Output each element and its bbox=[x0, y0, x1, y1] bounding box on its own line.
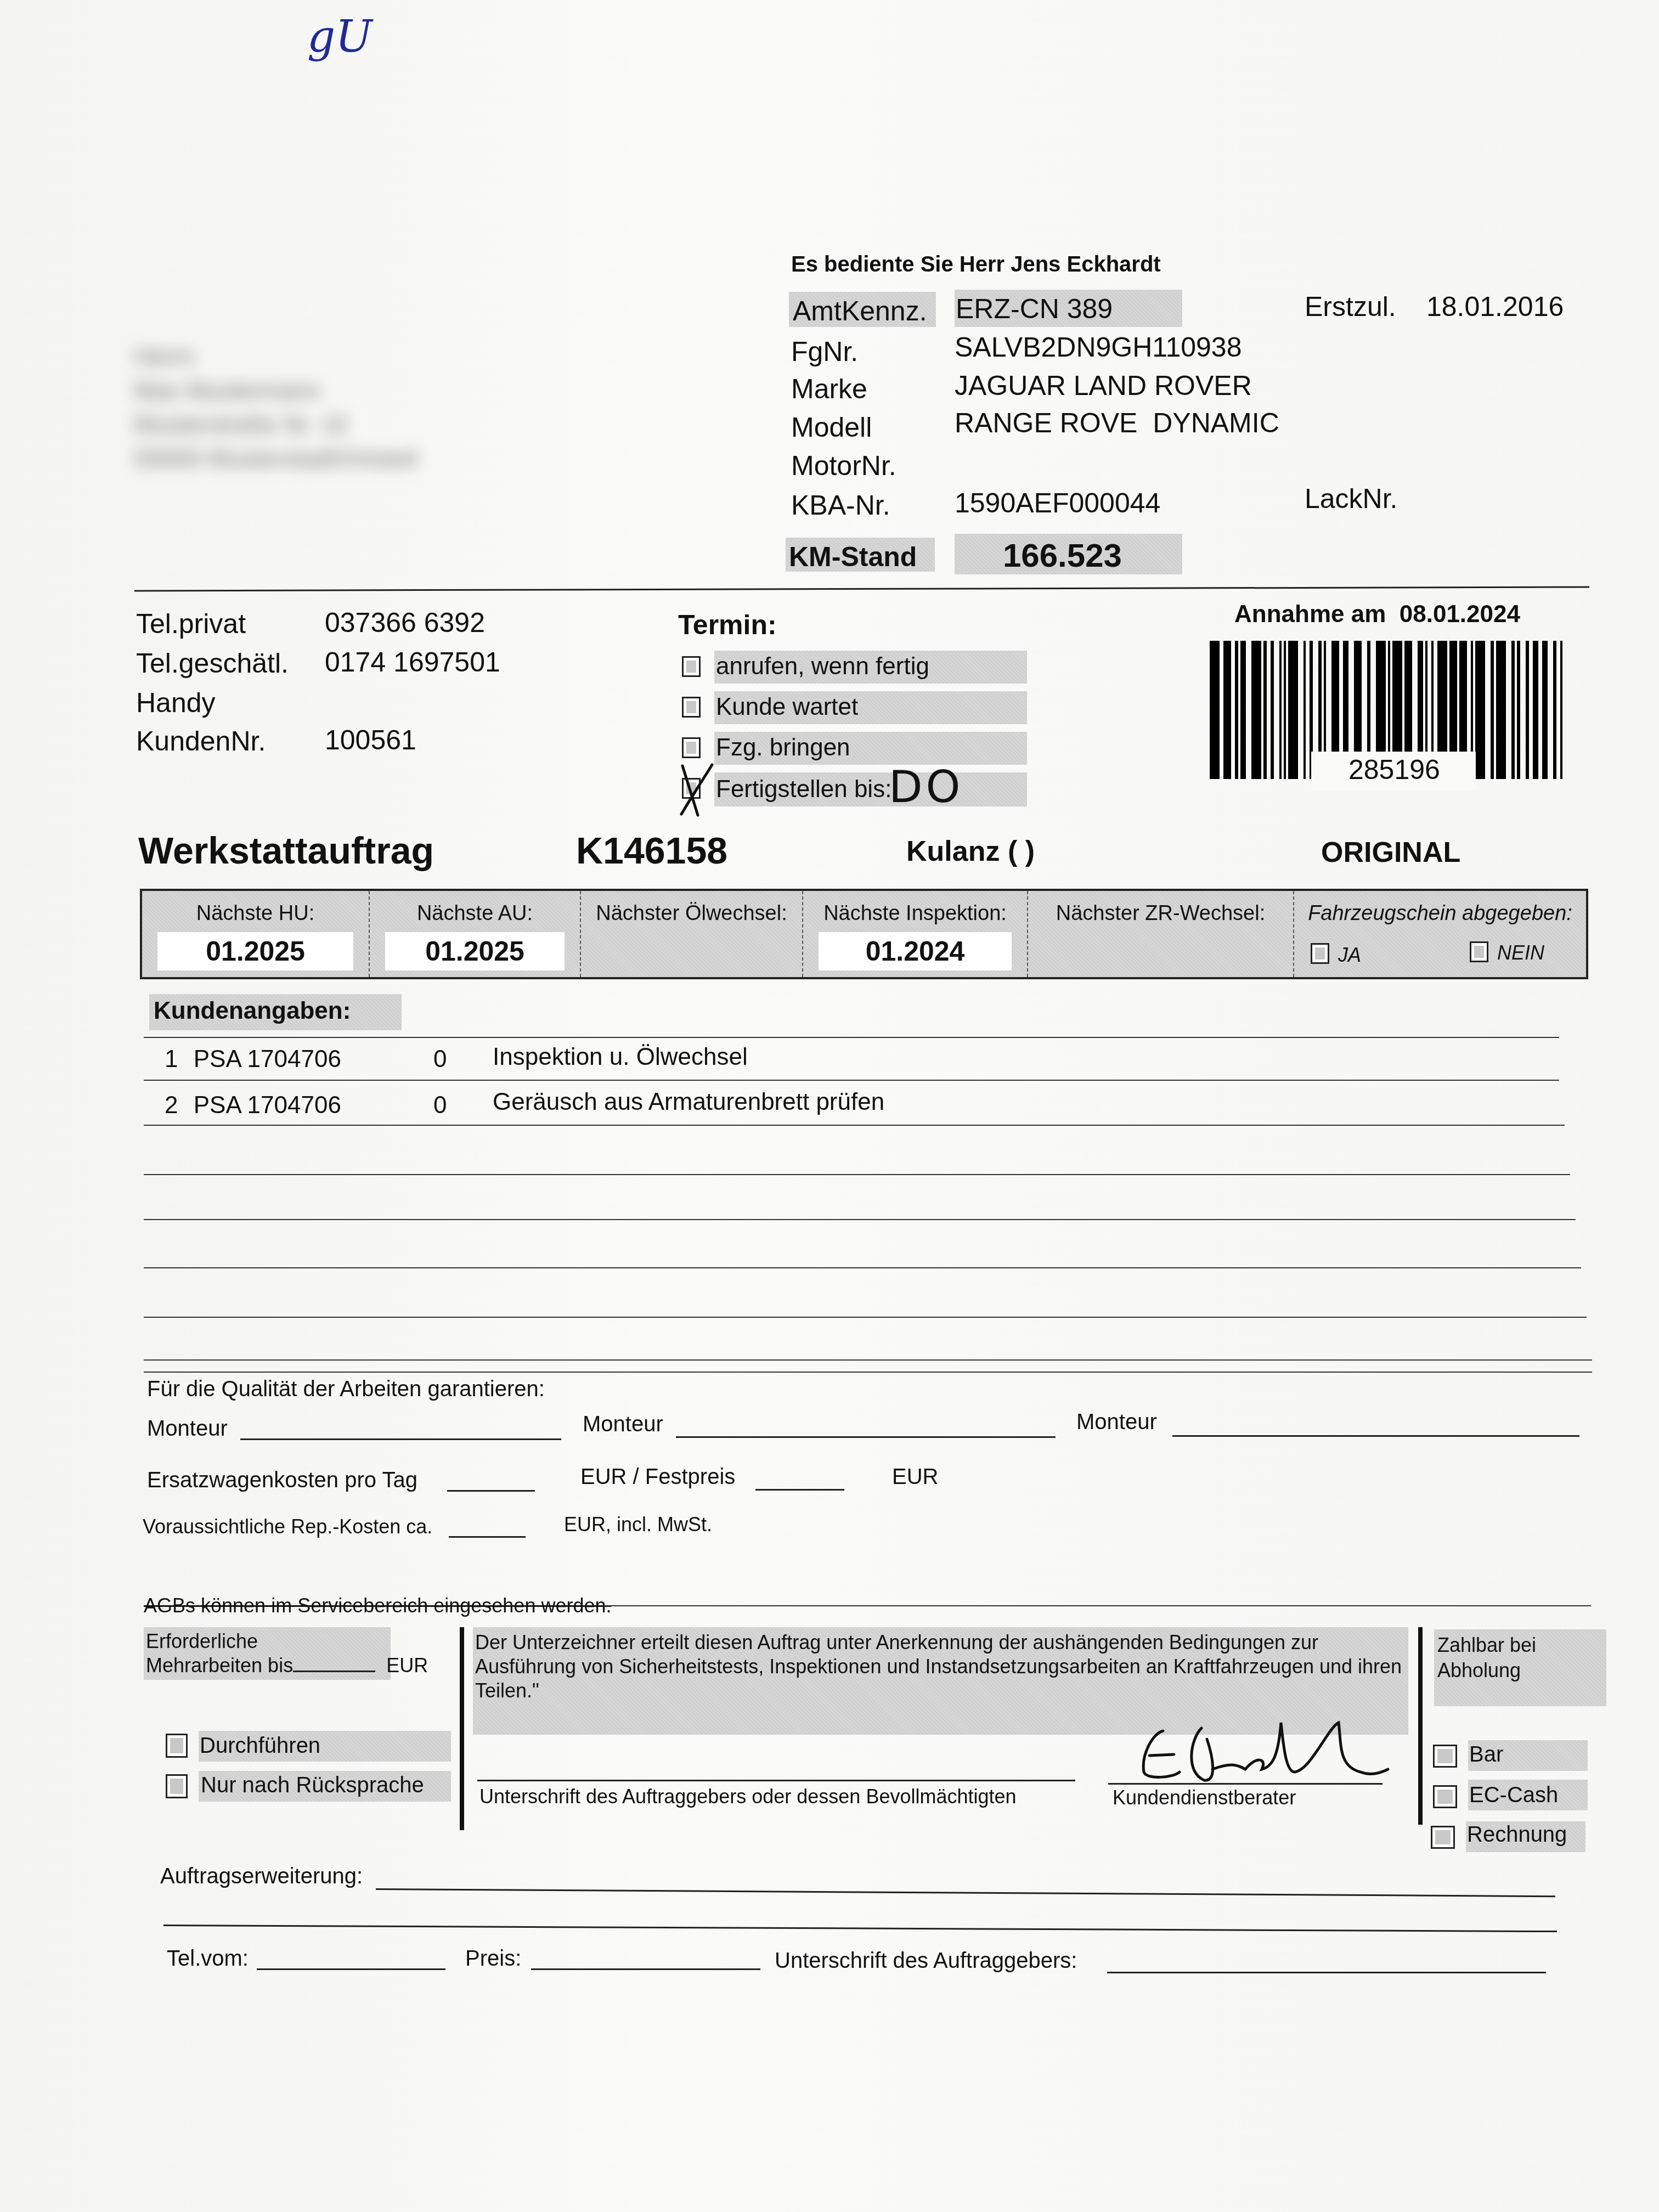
customer-signature-label: Unterschrift des Auftraggebers oder dess… bbox=[479, 1785, 1017, 1808]
barcode-bar bbox=[1560, 641, 1562, 779]
annahme: Annahme am 08.01.2024 bbox=[1234, 601, 1520, 628]
festpreis-field[interactable] bbox=[755, 1489, 844, 1491]
preis-label: Preis: bbox=[465, 1946, 521, 1971]
rechnung-label: Rechnung bbox=[1467, 1822, 1567, 1847]
order-title: Werkstattauftrag bbox=[138, 830, 434, 872]
eur-label: EUR bbox=[892, 1465, 938, 1489]
item-qty: 0 bbox=[433, 1092, 447, 1119]
barcode-bar bbox=[1279, 641, 1282, 779]
line-rule bbox=[144, 1080, 1559, 1081]
monteur-field-3[interactable] bbox=[1172, 1435, 1579, 1437]
checkbox-ruecksprache[interactable] bbox=[166, 1774, 188, 1798]
line-rule bbox=[144, 1359, 1592, 1361]
kundennr-value: 100561 bbox=[325, 724, 416, 756]
service-cell-oel: Nächster Ölwechsel: bbox=[581, 891, 803, 977]
ec-cash-label: EC-Cash bbox=[1469, 1783, 1558, 1808]
km-label: KM-Stand bbox=[789, 541, 917, 573]
service-cell-zr: Nächster ZR-Wechsel: bbox=[1028, 891, 1294, 977]
tel-gesch-label: Tel.geschätl. bbox=[136, 647, 289, 679]
barcode-number: 285196 bbox=[1348, 754, 1440, 786]
payment-title-line2: Abholung bbox=[1437, 1658, 1536, 1683]
barcode-bar bbox=[1526, 641, 1529, 779]
service-cell-fahrzeugschein: Fahrzeugschein abgegeben: JA NEIN bbox=[1294, 891, 1586, 977]
checkbox-kunde-wartet[interactable] bbox=[682, 697, 701, 718]
monteur-field-1[interactable] bbox=[240, 1438, 561, 1440]
item-code: PSA 1704706 bbox=[194, 1092, 341, 1119]
checkbox-rechnung[interactable] bbox=[1431, 1826, 1455, 1849]
barcode-bar bbox=[1240, 641, 1246, 779]
annahme-label: Annahme am bbox=[1234, 601, 1386, 628]
eur-festpreis-label: EUR / Festpreis bbox=[580, 1465, 735, 1489]
address-line: 00000 Musterstadt/Ortsteil bbox=[134, 442, 417, 476]
ersatzwagen-field[interactable] bbox=[447, 1490, 535, 1492]
termin-title: Termin: bbox=[678, 609, 777, 641]
label-nein: NEIN bbox=[1497, 941, 1544, 964]
barcode-bar bbox=[1511, 641, 1515, 779]
line-rule bbox=[603, 1605, 1591, 1606]
tel-privat-value: 037366 6392 bbox=[325, 607, 485, 639]
handwritten-initials: gU bbox=[307, 11, 373, 62]
mehrarbeiten-line1: Erforderliche bbox=[146, 1629, 428, 1654]
line-rule bbox=[144, 1219, 1576, 1220]
customer-signature-field[interactable] bbox=[477, 1780, 1075, 1781]
km-value: 166.523 bbox=[1003, 537, 1122, 574]
checkbox-ja[interactable] bbox=[1311, 943, 1329, 964]
address-line: Herrn bbox=[134, 340, 417, 374]
modell-value: RANGE ROVE DYNAMIC bbox=[955, 407, 1279, 439]
marke-label: Marke bbox=[791, 373, 867, 405]
advisor-signature bbox=[1130, 1717, 1415, 1783]
barcode-bar bbox=[1553, 641, 1556, 779]
item-text: Geräusch aus Armaturenbrett prüfen bbox=[493, 1088, 884, 1116]
service-value-inspektion[interactable]: 01.2024 bbox=[819, 932, 1012, 970]
agb-notice: AGBs können im Servicebereich eingesehen… bbox=[144, 1594, 612, 1617]
extension-label: Auftragserweiterung: bbox=[160, 1864, 363, 1889]
address-line: Musterstraße Nr. 10 bbox=[134, 408, 417, 442]
rep-kosten-suffix: EUR, incl. MwSt. bbox=[564, 1513, 712, 1536]
monteur-label-2: Monteur bbox=[583, 1412, 663, 1437]
item-code: PSA 1704706 bbox=[194, 1046, 341, 1073]
kundennr-label: KundenNr. bbox=[136, 725, 266, 757]
tel-privat-label: Tel.privat bbox=[136, 608, 246, 640]
checkbox-fzg-bringen[interactable] bbox=[682, 737, 701, 758]
barcode-bar bbox=[1533, 641, 1538, 779]
service-dates-table: Nächste HU: 01.2025 Nächste AU: 01.2025 … bbox=[140, 889, 1588, 979]
checkbox-nein[interactable] bbox=[1470, 941, 1488, 962]
termin-option-kunde-wartet: Kunde wartet bbox=[716, 693, 858, 721]
served-by-name: Herr Jens Eckhardt bbox=[960, 252, 1161, 276]
mehrarbeiten-line2: Mehrarbeiten bis bbox=[146, 1654, 293, 1677]
item-2: 2 PSA 1704706 bbox=[165, 1092, 341, 1119]
vertical-divider bbox=[1418, 1627, 1423, 1825]
service-cell-au: Nächste AU: 01.2025 bbox=[370, 891, 581, 977]
payment-title: Zahlbar bei Abholung bbox=[1437, 1633, 1536, 1683]
service-cell-inspektion: Nächste Inspektion: 01.2024 bbox=[803, 891, 1028, 977]
quality-title: Für die Qualität der Arbeiten garantiere… bbox=[147, 1377, 545, 1402]
service-value-au[interactable]: 01.2025 bbox=[385, 932, 565, 970]
line-rule bbox=[144, 1317, 1587, 1318]
item-pos: 1 bbox=[165, 1046, 178, 1073]
barcode-bar bbox=[1288, 641, 1298, 779]
mehrarbeiten-field[interactable] bbox=[293, 1671, 375, 1672]
barcode-bar bbox=[1475, 641, 1485, 779]
tel-vom-field[interactable] bbox=[257, 1968, 445, 1970]
copy-type: ORIGINAL bbox=[1321, 836, 1460, 869]
line-rule bbox=[144, 1267, 1581, 1268]
termin-option-fertigstellen: Fertigstellen bis: bbox=[716, 776, 891, 803]
served-by-label: Es bediente Sie bbox=[791, 252, 953, 276]
mehrarbeiten-currency: EUR bbox=[386, 1654, 428, 1677]
rep-kosten-label: Voraussichtliche Rep.-Kosten ca. bbox=[143, 1515, 432, 1538]
barcode-bar bbox=[1517, 641, 1520, 779]
barcode-bar bbox=[1491, 641, 1494, 779]
mehrarbeiten-label: Erforderliche Mehrarbeiten bis EUR bbox=[146, 1629, 428, 1678]
termin-option-fzg-bringen: Fzg. bringen bbox=[716, 734, 850, 761]
lacknr-label: LackNr. bbox=[1305, 483, 1398, 515]
address-line: Max Mustermann bbox=[134, 374, 417, 408]
advisor-signature-line bbox=[1108, 1783, 1383, 1785]
item-qty: 0 bbox=[433, 1046, 447, 1073]
barcode-bar bbox=[1542, 641, 1548, 779]
barcode-bar bbox=[1263, 641, 1267, 779]
tel-vom-label: Tel.vom: bbox=[167, 1946, 249, 1971]
modell-label: Modell bbox=[791, 411, 872, 443]
item-text: Inspektion u. Ölwechsel bbox=[493, 1043, 748, 1071]
order-number: K146158 bbox=[576, 830, 727, 872]
rep-kosten-field[interactable] bbox=[449, 1536, 526, 1538]
barcode-bar bbox=[1271, 641, 1274, 779]
handwritten-fertigstellen-day: DO bbox=[889, 761, 964, 812]
handy-label: Handy bbox=[136, 687, 216, 719]
service-header: Nächster ZR-Wechsel: bbox=[1028, 902, 1293, 926]
preis-field[interactable] bbox=[531, 1968, 760, 1970]
barcode-bar bbox=[1496, 641, 1506, 779]
terms-text: Der Unterzeichner erteilt diesen Auftrag… bbox=[475, 1630, 1402, 1703]
checkbox-durchfuehren[interactable] bbox=[166, 1734, 188, 1758]
monteur-label-1: Monteur bbox=[147, 1417, 228, 1441]
service-cell-hu: Nächste HU: 01.2025 bbox=[142, 891, 370, 977]
service-header: Nächste AU: bbox=[370, 902, 580, 926]
barcode-bar bbox=[1210, 641, 1220, 779]
kundenangaben-title: Kundenangaben: bbox=[154, 997, 351, 1025]
advisor-signature-label: Kundendienstberater bbox=[1113, 1786, 1296, 1809]
barcode-bar bbox=[1235, 641, 1238, 779]
tel-gesch-value: 0174 1697501 bbox=[325, 646, 500, 678]
checkbox-anrufen[interactable] bbox=[682, 656, 701, 677]
ersatzwagen-label: Ersatzwagenkosten pro Tag bbox=[147, 1468, 417, 1493]
durchfuehren-label: Durchführen bbox=[200, 1734, 320, 1758]
amtkennz-value: ERZ-CN 389 bbox=[956, 293, 1113, 325]
barcode-bar bbox=[1284, 641, 1286, 779]
checkbox-ec-cash[interactable] bbox=[1433, 1785, 1457, 1808]
served-by: Es bediente Sie Herr Jens Eckhardt bbox=[791, 252, 1161, 277]
line-rule bbox=[144, 1174, 1570, 1175]
service-header: Nächster Ölwechsel: bbox=[581, 902, 802, 926]
address-block: Herrn Max Mustermann Musterstraße Nr. 10… bbox=[134, 340, 417, 476]
service-header: Nächste HU: bbox=[142, 902, 369, 926]
line-rule bbox=[144, 1125, 1565, 1126]
item-pos: 2 bbox=[165, 1092, 178, 1119]
annahme-date: 08.01.2024 bbox=[1400, 601, 1520, 628]
extension-signature-label: Unterschrift des Auftraggebers: bbox=[775, 1949, 1077, 1973]
item-1: 1 PSA 1704706 bbox=[165, 1046, 341, 1073]
extension-signature-field[interactable] bbox=[1107, 1972, 1546, 1973]
vertical-divider bbox=[460, 1627, 464, 1830]
marke-value: JAGUAR LAND ROVER bbox=[955, 370, 1252, 402]
fgnr-value: SALVB2DN9GH110938 bbox=[955, 331, 1242, 363]
line-rule bbox=[144, 1037, 1559, 1038]
service-header: Fahrzeugschein abgegeben: bbox=[1294, 902, 1586, 926]
amtkennz-label: AmtKennz. bbox=[793, 295, 927, 327]
barcode-bar bbox=[1251, 641, 1261, 779]
label-ja: JA bbox=[1338, 944, 1361, 967]
erstzul-label: Erstzul. bbox=[1305, 291, 1396, 323]
barcode-bar bbox=[1304, 641, 1306, 779]
service-header: Nächste Inspektion: bbox=[803, 902, 1027, 926]
erstzul-value: 18.01.2016 bbox=[1426, 291, 1564, 323]
fgnr-label: FgNr. bbox=[791, 336, 858, 368]
kbanr-label: KBA-Nr. bbox=[791, 489, 890, 521]
motornr-label: MotorNr. bbox=[791, 450, 896, 482]
line-rule bbox=[144, 1372, 1592, 1373]
payment-title-line1: Zahlbar bei bbox=[1437, 1633, 1536, 1658]
monteur-label-3: Monteur bbox=[1076, 1410, 1157, 1435]
checkbox-bar[interactable] bbox=[1433, 1745, 1457, 1768]
ruecksprache-label: Nur nach Rücksprache bbox=[201, 1773, 424, 1798]
kbanr-value: 1590AEF000044 bbox=[955, 487, 1160, 519]
bar-label: Bar bbox=[1469, 1742, 1503, 1767]
monteur-field-2[interactable] bbox=[676, 1436, 1056, 1438]
kulanz: Kulanz ( ) bbox=[906, 835, 1035, 868]
barcode-bar bbox=[1223, 641, 1231, 779]
termin-option-anrufen: anrufen, wenn fertig bbox=[716, 653, 929, 680]
service-value-hu[interactable]: 01.2025 bbox=[157, 932, 353, 970]
